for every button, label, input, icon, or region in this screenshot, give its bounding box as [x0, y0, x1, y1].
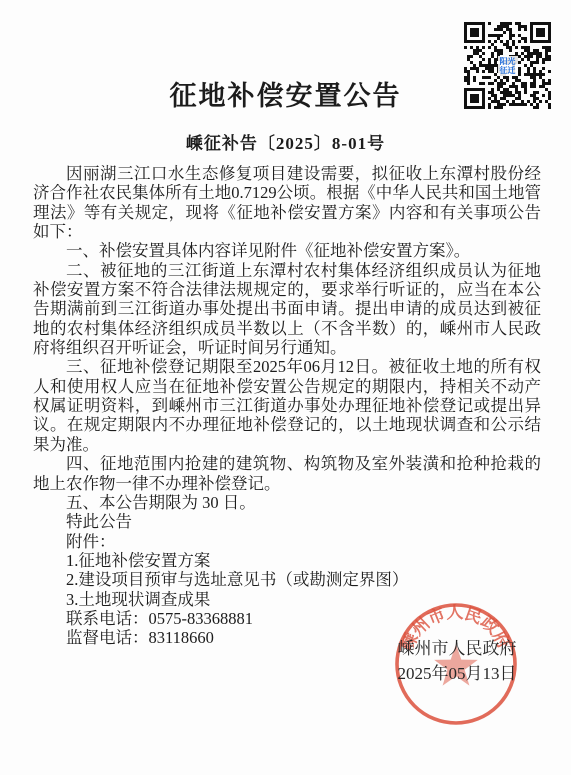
attachment-item-1: 1.征地补偿安置方案 [33, 551, 541, 570]
signature-block: 嵊州市人民政府 2025年05月13日 [382, 636, 532, 686]
paragraph-item-3: 三、征地补偿登记期限至2025年06月12日。被征收土地的所有权人和使用权人应当… [33, 357, 541, 454]
qr-label-line2: 征迁 [500, 66, 516, 75]
issuer-name: 嵊州市人民政府 [382, 636, 532, 661]
doc-number: 嵊征补告〔2025〕8-01号 [0, 129, 571, 154]
qr-code: 阳光 征迁 [464, 22, 551, 109]
qr-label-line1: 阳光 [500, 57, 516, 66]
document-body: 因丽湖三江口水生态修复项目建设需要，拟征收上东潭村股份经济合作社农民集体所有土地… [33, 164, 541, 648]
announcement-document: 阳光 征迁 征地补偿安置公告 嵊征补告〔2025〕8-01号 因丽湖三江口水生态… [0, 0, 571, 775]
qr-center-label: 阳光 征迁 [498, 56, 518, 76]
paragraph-item-5: 五、本公告期限为 30 日。 [33, 493, 541, 512]
paragraph-intro: 因丽湖三江口水生态修复项目建设需要，拟征收上东潭村股份经济合作社农民集体所有土地… [33, 164, 541, 241]
paragraph-item-1: 一、补偿安置具体内容详见附件《征地补偿安置方案》。 [33, 241, 541, 260]
paragraph-item-2: 二、被征地的三江街道上东潭村农村集体经济组织成员认为征地补偿安置方案不符合法律法… [33, 261, 541, 358]
issue-date: 2025年05月13日 [382, 661, 532, 686]
attachments-label: 附件： [33, 532, 541, 551]
paragraph-item-4: 四、征地范围内抢建的建筑物、构筑物及室外装潢和抢种抢栽的地上农作物一律不办理补偿… [33, 454, 541, 493]
closing-line: 特此公告 [33, 512, 541, 531]
attachment-item-2: 2.建设项目预审与选址意见书（或勘测定界图） [33, 570, 541, 589]
